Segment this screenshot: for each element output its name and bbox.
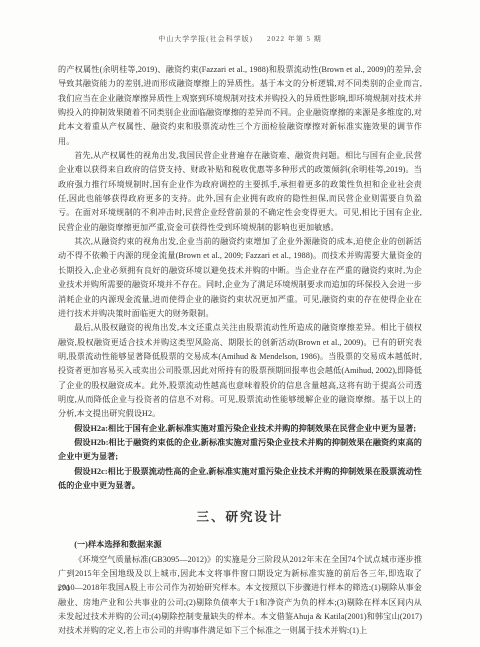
paragraph-property-rights: 首先,从产权属性的视角出发,我国民营企业普遍存在融资难、融资贵问题。相比与国有企…: [58, 149, 422, 235]
journal-issue: 2022 年第 5 期: [267, 34, 322, 44]
article-body: 的产权属性(余明桂等,2019)、融资约束(Fazzari et al., 19…: [58, 63, 422, 639]
paper-page: 中山大学学报(社会科学版) 2022 年第 5 期 的产权属性(余明桂等,201…: [0, 0, 480, 647]
journal-header: 中山大学学报(社会科学版) 2022 年第 5 期: [58, 34, 422, 44]
subsection-heading-sample-data: (一)样本选择和数据来源: [58, 538, 422, 552]
hypothesis-h2a: 假设H2a:相比于国有企业,新标准实施对重污染企业技术并购的抑制效果在民营企业中…: [58, 422, 422, 436]
journal-title: 中山大学学报(社会科学版): [158, 34, 253, 44]
hypothesis-h2b: 假设H2b:相比于融资约束低的企业,新标准实施对重污染企业技术并购的抑制效果在融…: [58, 436, 422, 465]
paragraph-financing-constraints: 其次,从融资约束的视角出发,企业当前的融资约束增加了企业外源融资的成本,迫使企业…: [58, 235, 422, 321]
section-heading-research-design: 三、研究设计: [58, 507, 422, 525]
paragraph-continuation: 的产权属性(余明桂等,2019)、融资约束(Fazzari et al., 19…: [58, 63, 422, 149]
paragraph-sample-selection: 《环境空气质量标准(GB3095—2012)》的实施是分三阶段从2012年末在全…: [58, 553, 422, 639]
hypothesis-h2c: 假设H2c:相比于股票流动性高的企业,新标准实施对重污染企业技术并购的抑制效果在…: [58, 465, 422, 494]
page-number: 170: [57, 584, 71, 593]
paragraph-equity-financing: 最后,从股权融资的视角出发,本文还重点关注由股票流动性所造成的融资摩擦差异。相比…: [58, 321, 422, 421]
